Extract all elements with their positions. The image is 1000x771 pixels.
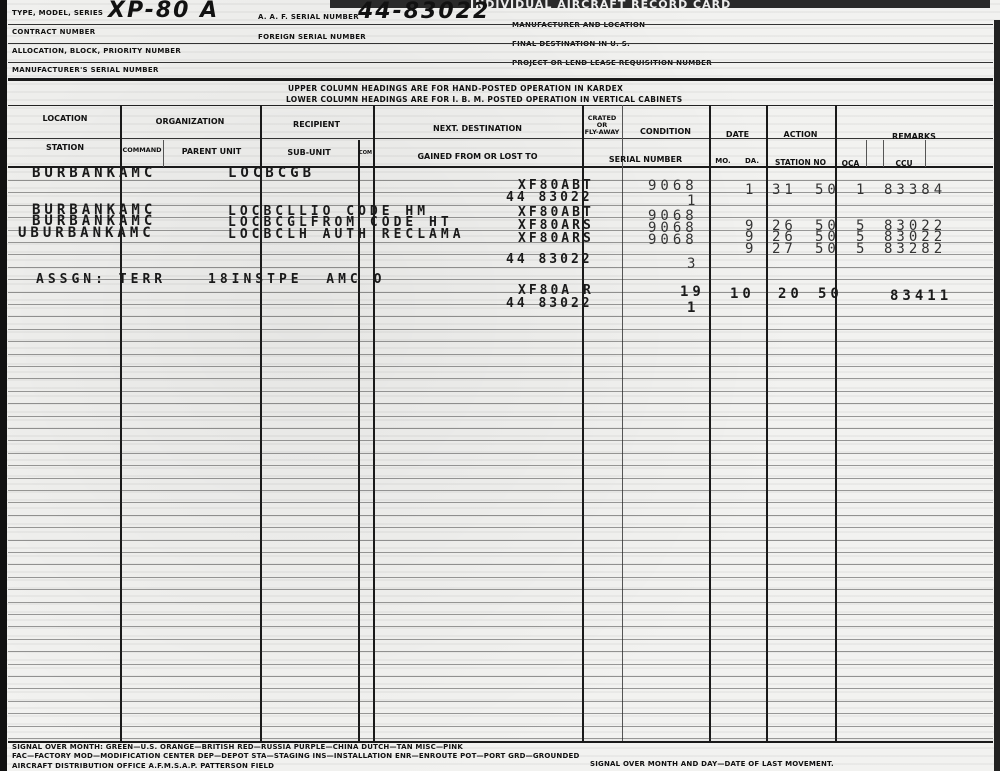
- entry-serial: 1: [687, 300, 699, 316]
- entry-oca: 5: [856, 241, 868, 257]
- body-rule: [8, 354, 993, 355]
- entry-station: BURBANKAMC: [32, 165, 156, 181]
- col-divider: [925, 140, 926, 167]
- aaf-serial-value: 44-83022: [358, 0, 490, 24]
- entry-serial: 19: [680, 284, 705, 300]
- col-next-destination: NEXT. DESTINATION: [373, 124, 582, 133]
- body-rule: [8, 230, 993, 231]
- type-model-series-value: XP-80 A: [108, 0, 219, 23]
- col-mo: MO.: [711, 157, 735, 165]
- entry-unit: 18INSTPE AMC O: [208, 272, 385, 287]
- header-rule: [8, 62, 993, 63]
- manufacturer-location-label: MANUFACTURER AND LOCATION: [512, 21, 645, 29]
- entry-unit: LOCBCLH AUTH RECLAMA: [228, 227, 465, 242]
- col-command: COMMAND: [121, 147, 163, 154]
- body-rule: [8, 490, 993, 491]
- entry-dest: 44 83022: [506, 252, 593, 267]
- col-station: STATION: [10, 143, 120, 152]
- entry-ccu: 83384: [884, 182, 946, 198]
- col-station-no: STATION NO: [766, 158, 835, 167]
- col-date: DATE: [709, 130, 766, 139]
- col-divider: [260, 105, 262, 741]
- entry-dest: XF80ARS: [518, 231, 594, 246]
- body-rule: [8, 540, 993, 541]
- body-rule: [8, 639, 993, 640]
- entry-yr: 50: [815, 241, 840, 257]
- project-lend-lease-label: PROJECT OR LEND LEASE REQUISITION NUMBER: [512, 59, 712, 67]
- col-divider: [373, 105, 375, 741]
- body-rule: [8, 453, 993, 454]
- body-rule: [8, 651, 993, 652]
- col-oca: OCA: [835, 159, 866, 168]
- body-rule: [8, 502, 993, 503]
- col-gained-lost: GAINED FROM OR LOST TO: [373, 152, 582, 161]
- body-rule: [8, 254, 993, 255]
- entry-serial: 3: [687, 256, 699, 272]
- col-sub-unit: SUB-UNIT: [260, 148, 358, 157]
- entry-unit: LOCBCGB: [228, 165, 315, 181]
- table-top-rule: [8, 105, 993, 106]
- foreign-serial-label: FOREIGN SERIAL NUMBER: [258, 33, 366, 41]
- col-da: DA.: [740, 157, 764, 165]
- body-rule: [8, 664, 993, 665]
- header-rule: [8, 24, 993, 25]
- entry-station: UBURBANKAMC: [18, 225, 155, 241]
- entry-dest: 44 83022: [506, 190, 593, 205]
- body-rule: [8, 577, 993, 578]
- col-parent-unit: PARENT UNIT: [163, 147, 260, 156]
- col-divider: [709, 105, 711, 741]
- final-destination-label: FINAL DESTINATION IN U. S.: [512, 40, 630, 48]
- body-rule: [8, 267, 993, 268]
- body-rule: [8, 478, 993, 479]
- body-rule: [8, 713, 993, 714]
- col-action: ACTION: [766, 130, 835, 139]
- body-rule: [8, 391, 993, 392]
- body-rule: [8, 614, 993, 615]
- body-rule: [8, 676, 993, 677]
- upper-heading-note: UPPER COLUMN HEADINGS ARE FOR HAND-POSTE…: [288, 84, 623, 93]
- entry-yr: 50: [815, 182, 840, 198]
- body-rule: [8, 304, 993, 305]
- body-rule: [8, 552, 993, 553]
- body-rule: [8, 589, 993, 590]
- col-crated: CRATED OR FLY-AWAY: [582, 115, 622, 136]
- entry-serial: 1: [687, 193, 699, 209]
- col-com: COM: [358, 150, 373, 157]
- footer-abbreviations: FAC—FACTORY MOD—MODIFICATION CENTER DEP—…: [12, 752, 580, 760]
- entry-ccu: 83282: [884, 241, 946, 257]
- body-rule: [8, 688, 993, 689]
- body-rule: [8, 440, 993, 441]
- body-rule: [8, 192, 993, 193]
- header-rule: [8, 43, 993, 44]
- entry-mo: 1: [745, 182, 757, 198]
- body-rule: [8, 316, 993, 317]
- entry-mo: 10: [730, 286, 755, 302]
- lower-heading-note: LOWER COLUMN HEADINGS ARE FOR I. B. M. P…: [286, 95, 682, 104]
- body-rule: [8, 341, 993, 342]
- aaf-serial-label: A. A. F. SERIAL NUMBER: [258, 13, 359, 21]
- footer-distribution: AIRCRAFT DISTRIBUTION OFFICE A.F.M.S.A.P…: [12, 762, 274, 770]
- entry-oca: 1: [856, 182, 868, 198]
- entry-mo: 9: [745, 241, 757, 257]
- body-rule: [8, 329, 993, 330]
- entry-da: 27: [772, 241, 797, 257]
- body-rule: [8, 738, 993, 739]
- header-divider: [8, 78, 993, 81]
- card-right-edge: [994, 20, 1000, 771]
- body-rule: [8, 242, 993, 243]
- body-rule: [8, 366, 993, 367]
- aircraft-record-card: INDIVIDUAL AIRCRAFT RECORD CARD TYPE, MO…: [0, 0, 1000, 771]
- body-rule: [8, 428, 993, 429]
- body-rule: [8, 465, 993, 466]
- col-divider: [766, 105, 768, 741]
- allocation-label: ALLOCATION, BLOCK, PRIORITY NUMBER: [12, 47, 181, 55]
- entry-dest: 44 83022: [506, 296, 593, 311]
- body-rule: [8, 626, 993, 627]
- col-serial-number: SERIAL NUMBER: [582, 155, 709, 164]
- card-title: INDIVIDUAL AIRCRAFT RECORD CARD: [470, 0, 731, 11]
- entry-serial: 9068: [648, 232, 698, 248]
- entry-yr: 50: [818, 286, 843, 302]
- footer-signal-colors: SIGNAL OVER MONTH: GREEN—U.S. ORANGE—BRI…: [12, 743, 463, 751]
- body-rule: [8, 602, 993, 603]
- col-location: LOCATION: [10, 114, 120, 123]
- entry-da: 31: [772, 182, 797, 198]
- body-rule: [8, 564, 993, 565]
- card-left-edge: [0, 0, 7, 771]
- col-divider: [835, 105, 837, 741]
- col-organization: ORGANIZATION: [120, 117, 260, 126]
- entry-station: ASSGN: TERR: [36, 272, 166, 287]
- manufacturers-serial-label: MANUFACTURER'S SERIAL NUMBER: [12, 66, 159, 74]
- entry-da: 20: [778, 286, 803, 302]
- body-rule: [8, 378, 993, 379]
- col-recipient: RECIPIENT: [260, 120, 373, 129]
- entry-ccu: 83411: [890, 288, 952, 304]
- contract-number-label: CONTRACT NUMBER: [12, 28, 95, 36]
- body-rule: [8, 527, 993, 528]
- body-rule: [8, 726, 993, 727]
- col-remarks: REMARKS: [835, 132, 993, 141]
- body-rule: [8, 403, 993, 404]
- body-rule: [8, 292, 993, 293]
- entry-serial: 9068: [648, 178, 698, 194]
- body-rule: [8, 416, 993, 417]
- type-model-series-label: TYPE, MODEL, SERIES: [12, 9, 103, 17]
- col-divider: [622, 105, 623, 741]
- col-condition: CONDITION: [622, 127, 709, 136]
- col-divider: [866, 140, 867, 167]
- col-ccu: CCU: [883, 159, 925, 168]
- col-divider: [120, 105, 122, 741]
- body-rule: [8, 701, 993, 702]
- footer-signal-note: SIGNAL OVER MONTH AND DAY—DATE OF LAST M…: [590, 760, 834, 768]
- body-rule: [8, 515, 993, 516]
